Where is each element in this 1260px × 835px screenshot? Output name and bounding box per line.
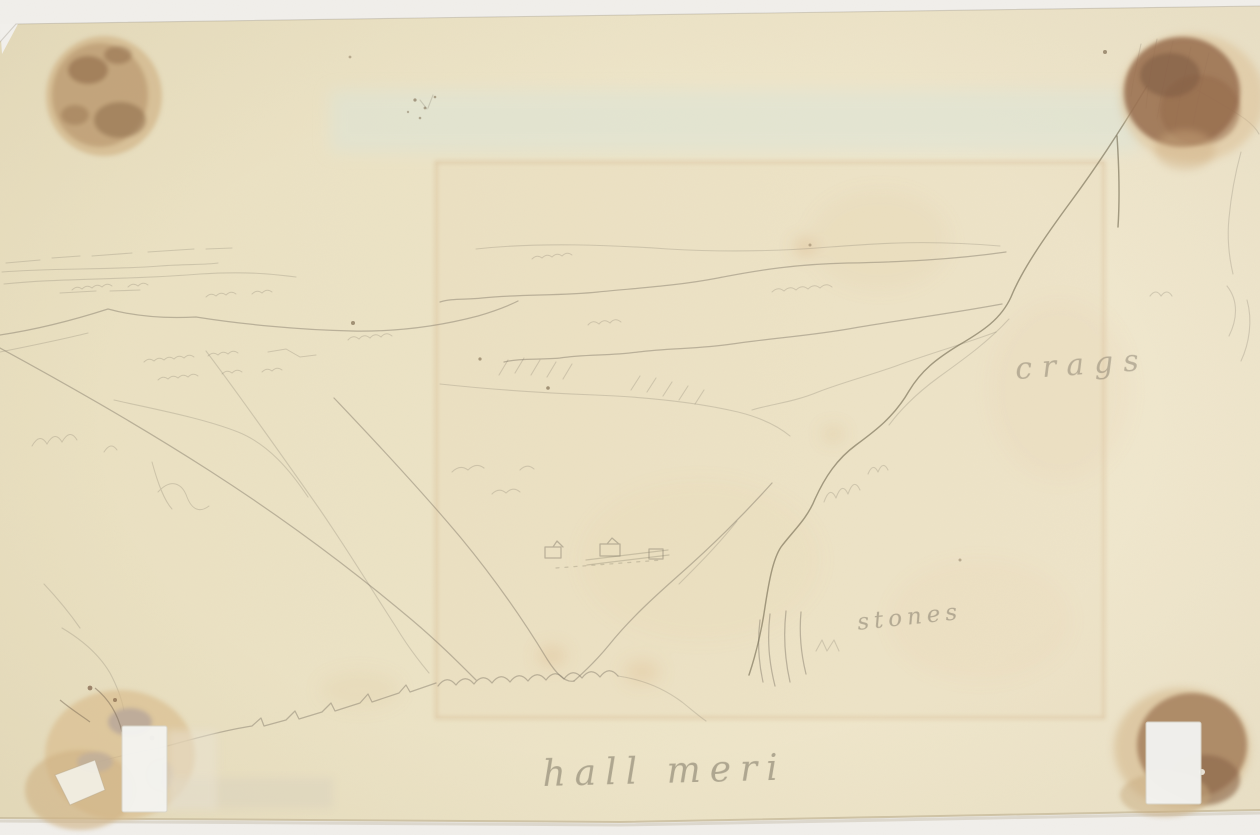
tape-strip-bottom-right (1146, 722, 1201, 804)
tape-strip-bottom-left (122, 726, 167, 812)
artwork-scan: hall meri crags stones (0, 0, 1260, 835)
sky-showthrough-band (330, 90, 1140, 152)
tape-residue-bottom-left (167, 730, 217, 810)
stain-top-left (46, 36, 162, 156)
drawing-sheet (0, 0, 1260, 835)
inscription-hall-meri: hall meri (542, 748, 787, 795)
